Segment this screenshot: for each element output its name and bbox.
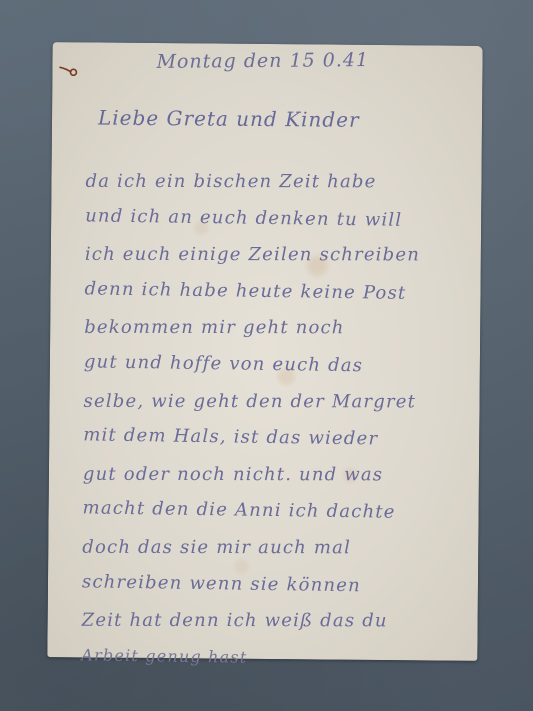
letter-salutation: Liebe Greta und Kinder <box>98 106 360 132</box>
ink-mark-icon <box>58 64 78 76</box>
letter-line: ich euch einige Zeilen schreiben <box>85 237 485 274</box>
letter-line: macht den die Anni ich dachte <box>82 491 482 533</box>
letter-line: doch das sie mir auch mal <box>82 530 482 567</box>
letter-body: da ich ein bischen Zeit habe und ich an … <box>81 162 485 678</box>
letter-line: gut und hoffe von euch das <box>84 344 484 386</box>
letter-line: bekommen mir geht noch <box>84 310 484 347</box>
letter-line: mit dem Hals, ist das wieder <box>83 418 483 460</box>
letter-line: Zeit hat denn ich weiß das du <box>82 603 482 640</box>
letter-line: selbe, wie geht den der Margret <box>84 383 484 420</box>
letter-line: gut oder noch nicht. und was <box>83 457 483 494</box>
letter-paper: Montag den 15 0.41 Liebe Greta und Kinde… <box>47 42 482 661</box>
letter-line: denn ich habe heute keine Post <box>84 271 484 313</box>
letter-line: und ich an euch denken tu will <box>85 198 485 240</box>
letter-line: Arbeit genug hast <box>81 637 481 679</box>
letter-line: da ich ein bischen Zeit habe <box>85 164 485 201</box>
letter-line: schreiben wenn sie können <box>82 564 482 606</box>
letter-date: Montag den 15 0.41 <box>156 49 369 73</box>
